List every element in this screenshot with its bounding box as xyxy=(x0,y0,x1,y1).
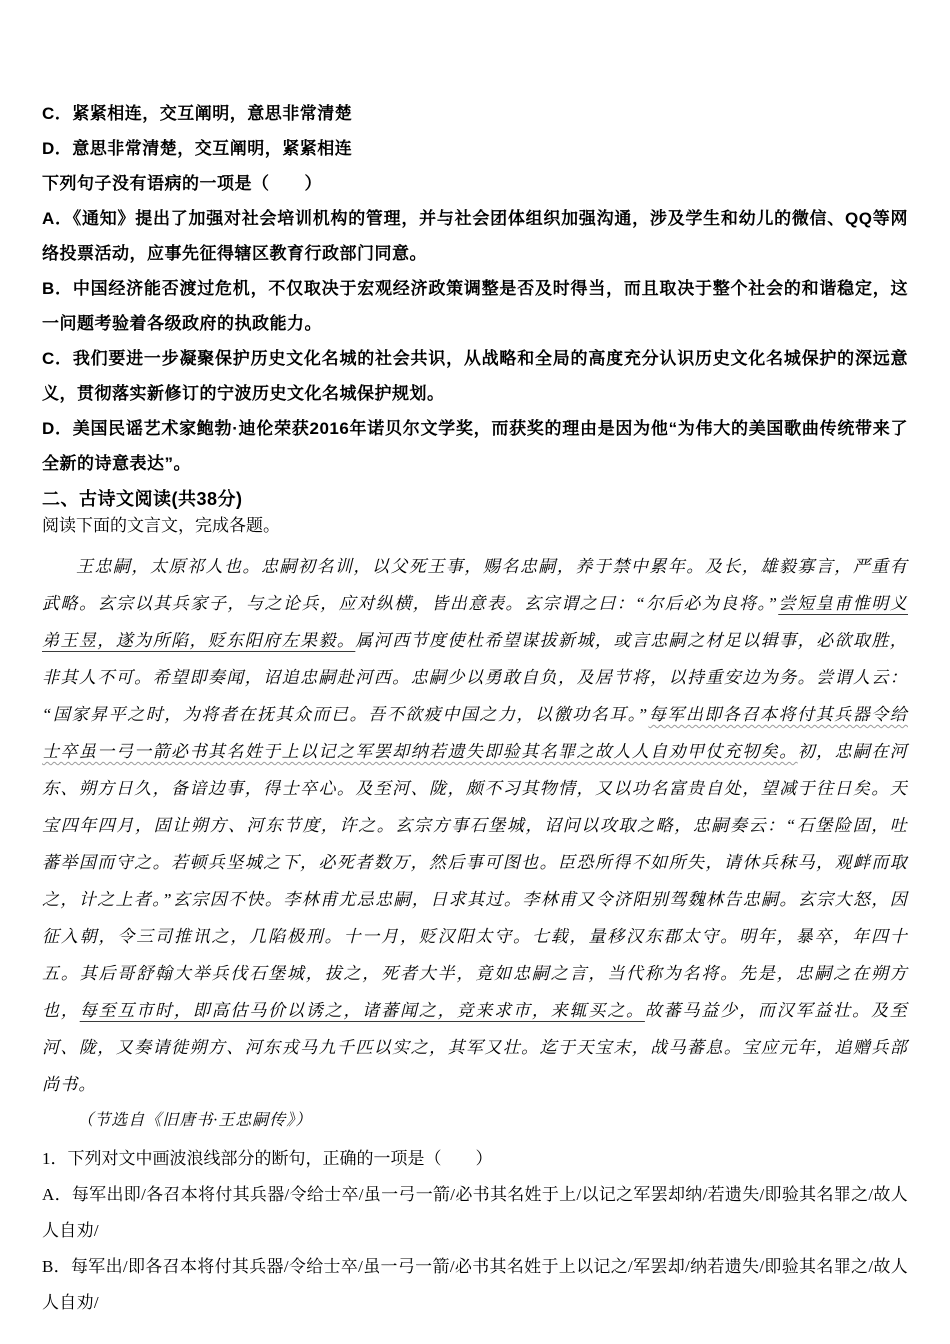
section-heading-ancient-reading: 二、古诗文阅读(共38分) xyxy=(42,486,908,513)
grammar-question-option-d: D．美国民谣艺术家鲍勃·迪伦荣获2016年诺贝尔文学奖，而获奖的理由是因为他“为… xyxy=(42,411,908,481)
passage-segment-underlined: 每至互市时，即高估马价以诱之，诸蕃闻之，竞来求市，来辄买之。 xyxy=(80,1001,645,1020)
question1-option-a: A．每军出即/各召本将付其兵器/令给士卒/虽一弓一箭/必书其名姓于上/以记之军罢… xyxy=(42,1177,908,1249)
classical-passage: 王忠嗣，太原祁人也。忠嗣初名训，以父死王事，赐名忠嗣，养于禁中累年。及长，雄毅寡… xyxy=(42,548,908,1103)
grammar-question-option-a: A．《通知》提出了加强对社会培训机构的管理，并与社会团体组织加强沟通，涉及学生和… xyxy=(42,201,908,271)
grammar-question-option-c: C．我们要进一步凝聚保护历史文化名城的社会共识，从战略和全局的高度充分认识历史文… xyxy=(42,341,908,411)
exam-document-page: C．紧紧相连，交互阐明，意思非常清楚 D．意思非常清楚，交互阐明，紧紧相连 下列… xyxy=(0,0,950,1344)
prev-question-option-d: D．意思非常清楚，交互阐明，紧紧相连 xyxy=(42,131,908,166)
passage-source-citation: （节选自《旧唐书·王忠嗣传》） xyxy=(42,1103,908,1139)
question1-stem: 1．下列对文中画波浪线部分的断句，正确的一项是（ ） xyxy=(42,1141,908,1177)
grammar-question-option-b: B．中国经济能否渡过危机，不仅取决于宏观经济政策调整是否及时得当，而且取决于整个… xyxy=(42,271,908,341)
grammar-question-stem: 下列句子没有语病的一项是（ ） xyxy=(42,166,908,201)
question1-option-b: B．每军出/即各召本将付其兵器/令给士卒/虽一弓一箭/必书其名姓于上以记之/军罢… xyxy=(42,1249,908,1321)
passage-segment: 初，忠嗣在河东、朔方日久，备谙边事，得士卒心。及至河、陇，颇不习其物情，又以功名… xyxy=(42,742,908,1020)
reading-instruction: 阅读下面的文言文，完成各题。 xyxy=(42,513,908,538)
prev-question-option-c: C．紧紧相连，交互阐明，意思非常清楚 xyxy=(42,96,908,131)
